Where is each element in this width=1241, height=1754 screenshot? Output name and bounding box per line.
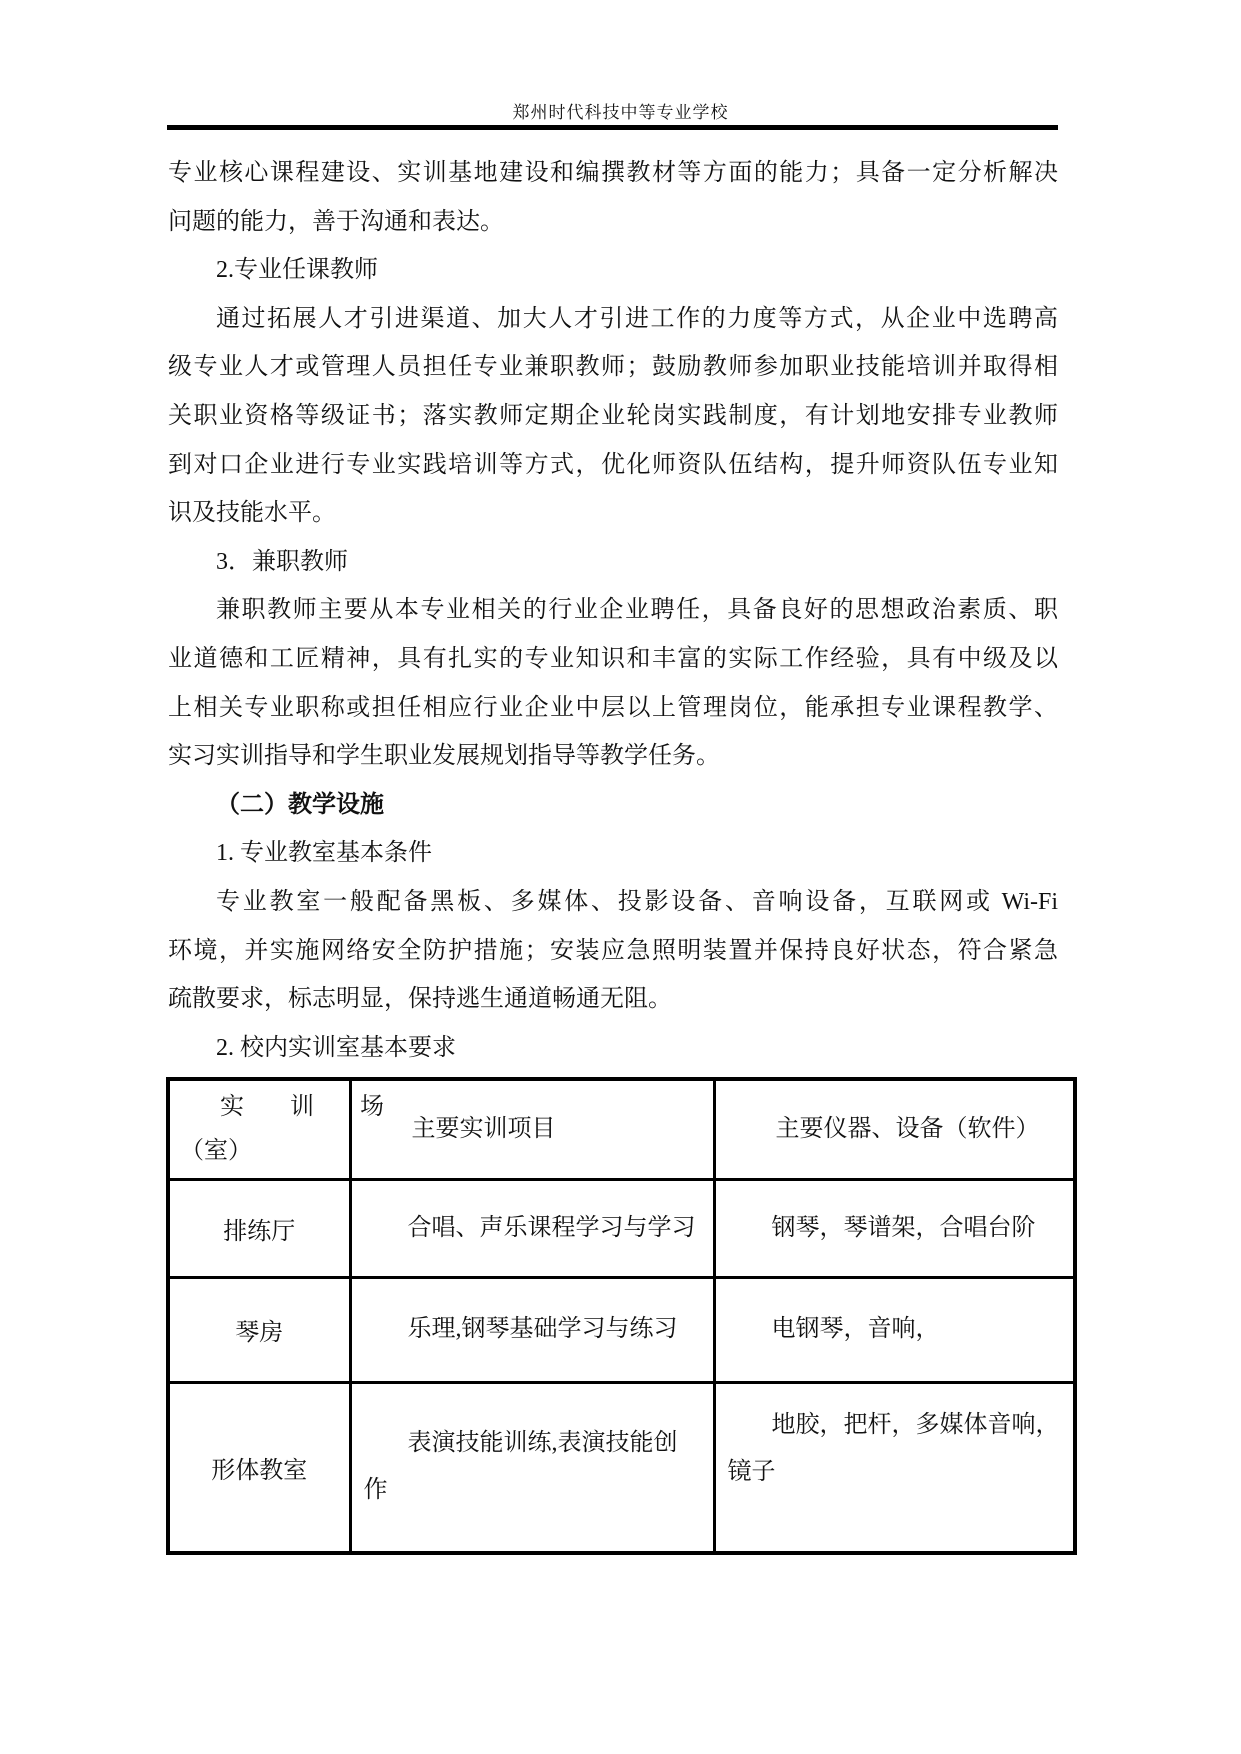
body-line: 上相关专业职称或担任相应行业企业中层以上管理岗位，能承担专业课程教学、 <box>168 684 1058 733</box>
table-row: 琴房 乐理,钢琴基础学习与练习 电钢琴，音响， <box>168 1277 1075 1382</box>
document-page: 郑州时代科技中等专业学校 专业核心课程建设、实训基地建设和编撰教材等方面的能力；… <box>0 0 1241 1754</box>
cell-line: 表演技能训练,表演技能创 <box>352 1420 713 1467</box>
cell-line: 电钢琴，音响， <box>716 1306 1074 1353</box>
body-line: 业道德和工匠精神，具有扎实的专业知识和丰富的实际工作经验，具有中级及以 <box>168 635 1058 684</box>
cell-line: 镜子 <box>716 1449 1074 1496</box>
cell-projects: 表演技能训练,表演技能创 作 <box>350 1382 714 1553</box>
body-line: 疏散要求，标志明显，保持逃生通道畅通无阻。 <box>168 975 1058 1024</box>
cell-line: 合唱、声乐课程学习与学习 <box>352 1205 713 1252</box>
cell-projects: 合唱、声乐课程学习与学习 <box>350 1179 714 1277</box>
cell-equipment: 地胶，把杆，多媒体音响， 镜子 <box>714 1382 1075 1553</box>
cell-projects: 乐理,钢琴基础学习与练习 <box>350 1277 714 1382</box>
cell-room: 排练厅 <box>168 1179 350 1277</box>
document-body: 专业核心课程建设、实训基地建设和编撰教材等方面的能力；具备一定分析解决 问题的能… <box>168 149 1058 1072</box>
body-line: 环境，并实施网络安全防护措施；安装应急照明装置并保持良好状态，符合紧急 <box>168 927 1058 976</box>
cell-room: 形体教室 <box>168 1382 350 1553</box>
cell-line: 实 训 场 <box>170 1085 349 1129</box>
cell-line: 乐理,钢琴基础学习与练习 <box>352 1306 713 1353</box>
body-line: 专业教室一般配备黑板、多媒体、投影设备、音响设备，互联网或 Wi-Fi <box>168 878 1058 927</box>
cell-line: 钢琴，琴谱架，合唱台阶 <box>716 1205 1074 1252</box>
body-line: 专业核心课程建设、实训基地建设和编撰教材等方面的能力；具备一定分析解决 <box>168 149 1058 198</box>
section-heading: （二）教学设施 <box>168 781 1058 830</box>
body-line: 识及技能水平。 <box>168 489 1058 538</box>
body-line: 通过拓展人才引进渠道、加大人才引进工作的力度等方式，从企业中选聘高 <box>168 295 1058 344</box>
cell-room: 琴房 <box>168 1277 350 1382</box>
body-line: 到对口企业进行专业实践培训等方式，优化师资队伍结构，提升师资队伍专业知 <box>168 441 1058 490</box>
body-line: 问题的能力，善于沟通和表达。 <box>168 198 1058 247</box>
cell-equipment: 电钢琴，音响， <box>714 1277 1075 1382</box>
cell-line: （室） <box>170 1129 349 1173</box>
table-row: 形体教室 表演技能训练,表演技能创 作 地胶，把杆，多媒体音响， 镜子 <box>168 1382 1075 1553</box>
body-line: 1. 专业教室基本条件 <box>168 829 1058 878</box>
table-header-projects: 主要实训项目 <box>350 1079 714 1179</box>
table-header-equipment: 主要仪器、设备（软件） <box>714 1079 1075 1179</box>
table-row: 排练厅 合唱、声乐课程学习与学习 钢琴，琴谱架，合唱台阶 <box>168 1179 1075 1277</box>
body-line: 关职业资格等级证书；落实教师定期企业轮岗实践制度，有计划地安排专业教师 <box>168 392 1058 441</box>
cell-line: 主要实训项目 <box>352 1106 713 1153</box>
body-line: 实习实训指导和学生职业发展规划指导等教学任务。 <box>168 732 1058 781</box>
body-line: 2.专业任课教师 <box>168 246 1058 295</box>
body-line: 3．兼职教师 <box>168 538 1058 587</box>
training-room-table: 实 训 场 （室） 主要实训项目 主要仪器、设备（软件） 排练厅 合唱、声乐课程… <box>166 1077 1077 1555</box>
body-line: 级专业人才或管理人员担任专业兼职教师；鼓励教师参加职业技能培训并取得相 <box>168 343 1058 392</box>
body-line: 2. 校内实训室基本要求 <box>168 1024 1058 1073</box>
header-rule <box>167 125 1058 130</box>
running-header-title: 郑州时代科技中等专业学校 <box>0 98 1241 123</box>
cell-equipment: 钢琴，琴谱架，合唱台阶 <box>714 1179 1075 1277</box>
table-header-room: 实 训 场 （室） <box>168 1079 350 1179</box>
table-header-row: 实 训 场 （室） 主要实训项目 主要仪器、设备（软件） <box>168 1079 1075 1179</box>
cell-line: 作 <box>352 1467 713 1514</box>
cell-line: 地胶，把杆，多媒体音响， <box>716 1402 1074 1449</box>
cell-line: 主要仪器、设备（软件） <box>716 1106 1074 1153</box>
body-line: 兼职教师主要从本专业相关的行业企业聘任，具备良好的思想政治素质、职 <box>168 586 1058 635</box>
